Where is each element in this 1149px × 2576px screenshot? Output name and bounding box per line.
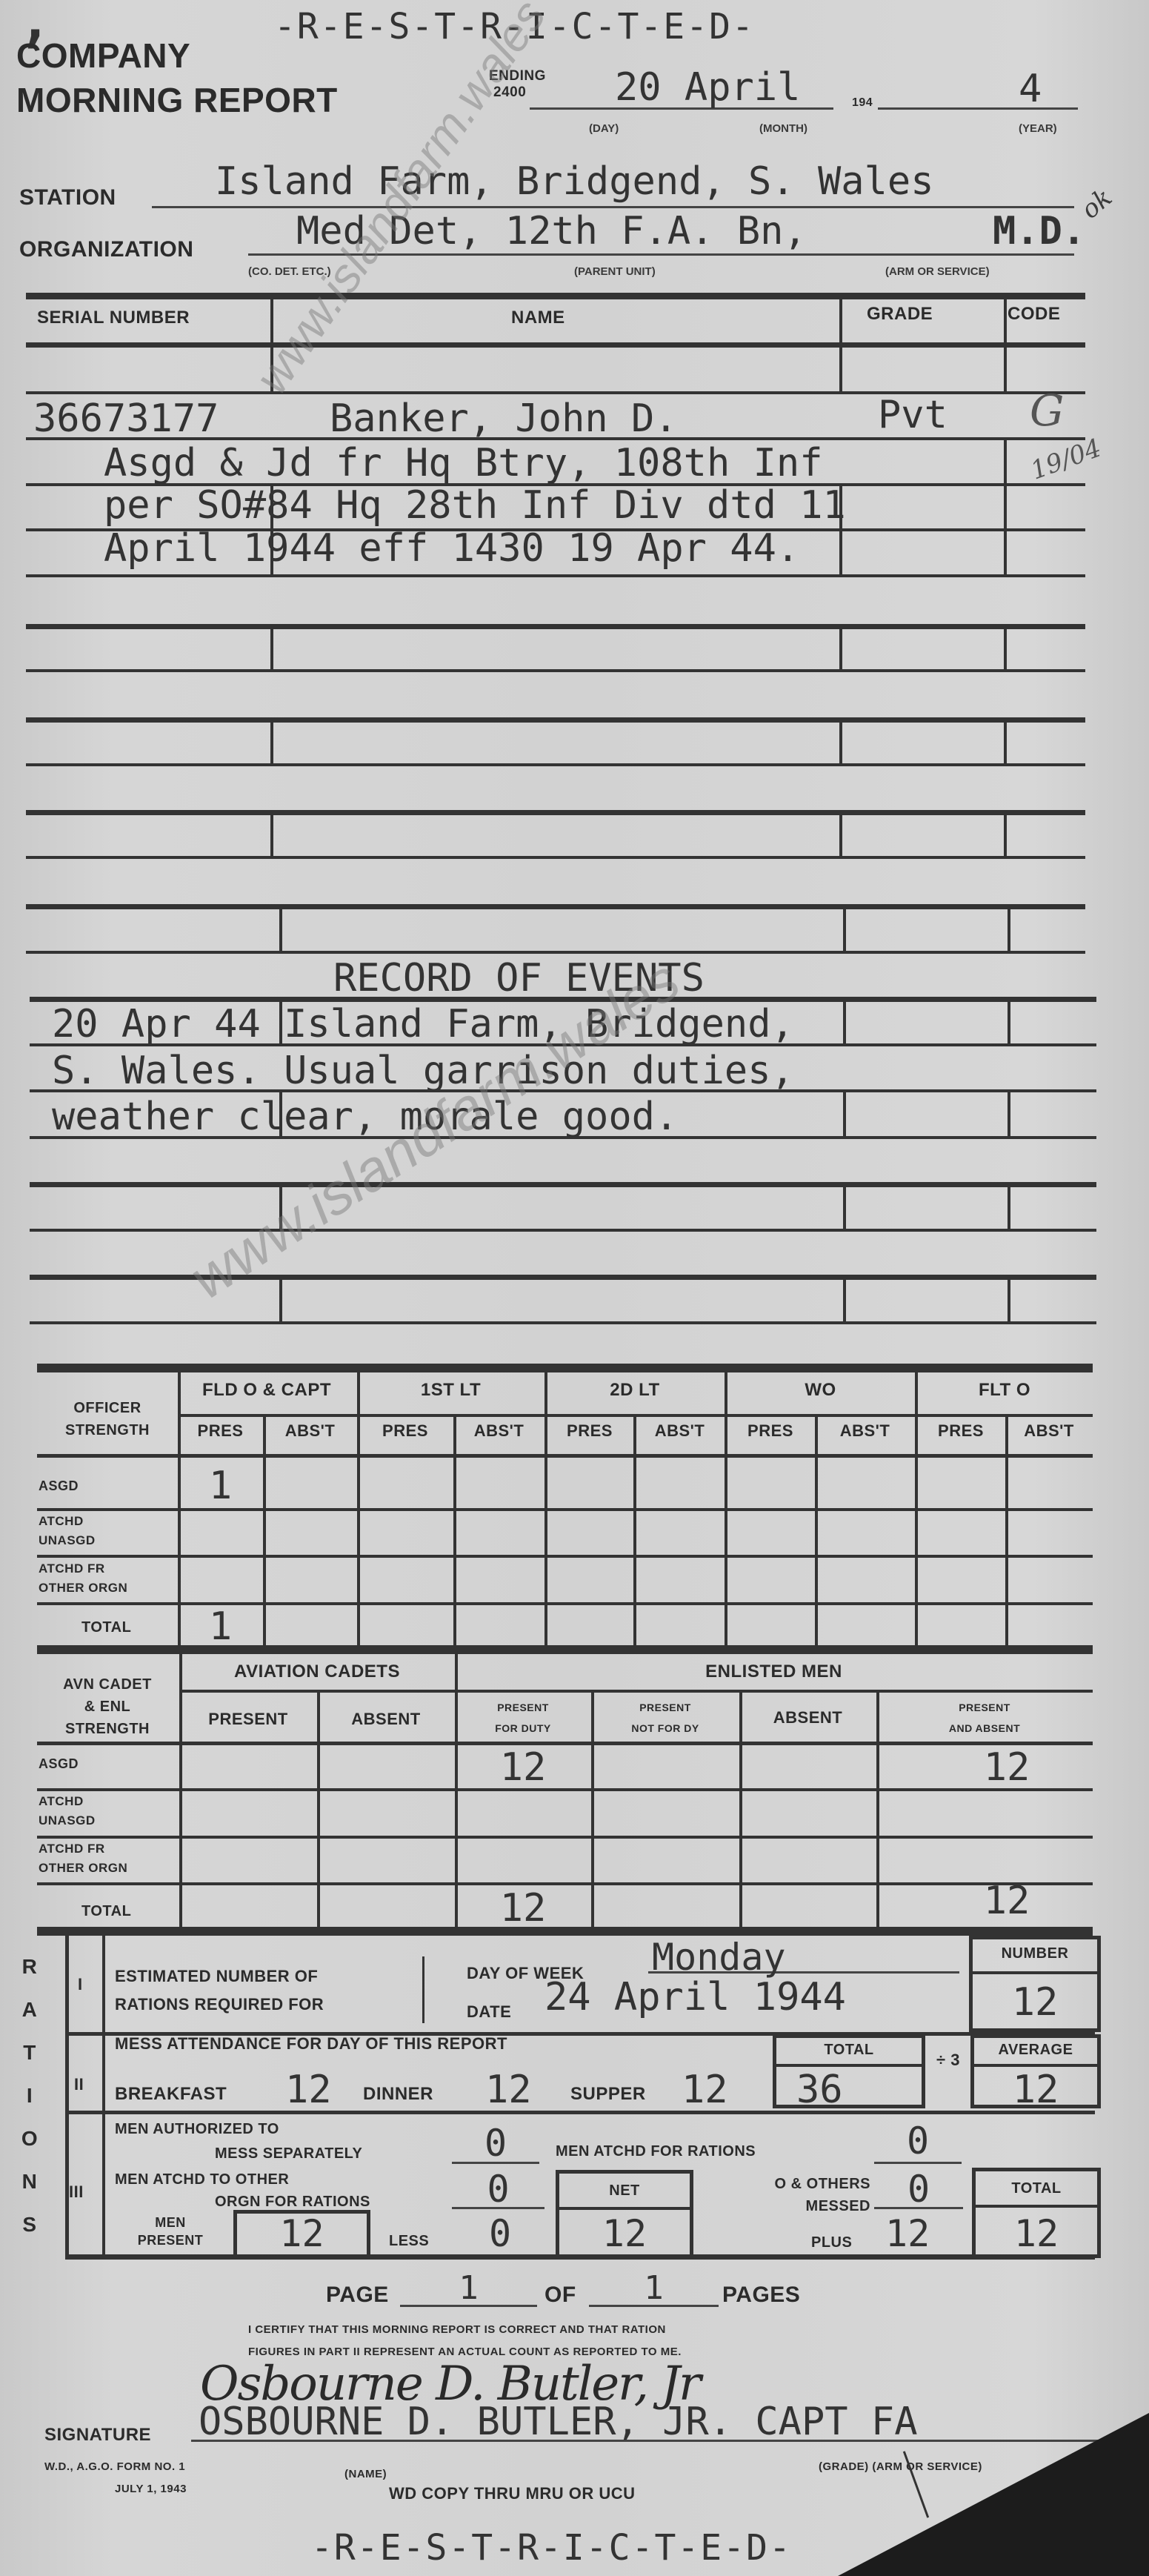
box-rule bbox=[972, 2205, 1101, 2208]
enl-asgd-present-and-absent[interactable]: 12 bbox=[876, 1745, 1093, 1790]
part-divider bbox=[65, 2111, 1095, 2114]
row-label-line: OTHER ORGN bbox=[39, 1859, 127, 1878]
less-label: LESS bbox=[389, 2233, 429, 2250]
of-label: OF bbox=[544, 2283, 576, 2308]
net-header: NET bbox=[556, 2182, 693, 2200]
men-present-label: MEN PRESENT bbox=[111, 2214, 230, 2249]
divider bbox=[279, 1000, 282, 1045]
atchd-other-value[interactable]: 0 bbox=[452, 2168, 544, 2211]
side-letter: A bbox=[7, 1988, 52, 2031]
divider-serial bbox=[270, 719, 273, 765]
row-label-line: ATCHD bbox=[39, 1792, 96, 1811]
row-rule bbox=[26, 483, 1085, 486]
officer-strength-corner-label: OFFICER STRENGTH bbox=[37, 1397, 178, 1441]
station-underline bbox=[152, 206, 1074, 208]
title-morning-report: MORNING REPORT bbox=[16, 80, 338, 120]
box-rule bbox=[556, 2207, 693, 2210]
row-rule bbox=[30, 997, 1096, 1002]
row-label-line: UNASGD bbox=[39, 1811, 96, 1830]
row-rule bbox=[26, 856, 1085, 859]
col-line: PRESENT bbox=[591, 1697, 739, 1718]
auth-sep-label-2: MESS SEPARATELY bbox=[215, 2145, 362, 2162]
divider bbox=[1008, 1000, 1010, 1045]
ending-label-line1: ENDING bbox=[489, 68, 546, 84]
signature-typed[interactable]: OSBOURNE D. BUTLER, JR. CAPT FA bbox=[199, 2400, 918, 2444]
table-top-rule bbox=[26, 293, 1085, 299]
report-year-digit[interactable]: 4 bbox=[1019, 67, 1042, 111]
year-underline bbox=[878, 107, 1078, 110]
corner-label-line: OFFICER bbox=[37, 1397, 178, 1419]
supper-value[interactable]: 12 bbox=[682, 2068, 728, 2112]
organization-label: ORGANIZATION bbox=[19, 237, 193, 262]
organization-underline bbox=[248, 253, 1074, 256]
col-line: AND ABSENT bbox=[876, 1718, 1093, 1739]
organization-value[interactable]: Med Det, 12th F.A. Bn, bbox=[296, 209, 807, 253]
enlisted-corner-label: AVN CADET & ENL STRENGTH bbox=[37, 1673, 178, 1740]
col-absent: ABSENT bbox=[317, 1710, 455, 1729]
pages-label: PAGES bbox=[722, 2283, 800, 2308]
event-line-3[interactable]: weather clear, morale good. bbox=[52, 1095, 678, 1139]
rations-frame-left bbox=[65, 1936, 69, 2258]
others-label-line: MESSED bbox=[722, 2195, 870, 2217]
report-date[interactable]: 20 April bbox=[615, 65, 800, 110]
divider bbox=[279, 1091, 282, 1137]
divider bbox=[1008, 1091, 1010, 1137]
col-rule bbox=[633, 1415, 636, 1647]
row-label-atchd-unasgd: ATCHD UNASGD bbox=[39, 1512, 96, 1550]
rations-numeral-rule bbox=[102, 1936, 105, 2258]
col-rule bbox=[317, 1691, 320, 1928]
divider bbox=[843, 1276, 846, 1323]
corner-label-line: STRENGTH bbox=[37, 1718, 178, 1740]
mess-total-value[interactable]: 36 bbox=[796, 2068, 843, 2112]
others-messed-label: O & OTHERS MESSED bbox=[722, 2173, 870, 2217]
pages-value[interactable]: 1 bbox=[589, 2269, 719, 2307]
divider bbox=[1008, 1184, 1010, 1230]
breakfast-label: BREAKFAST bbox=[115, 2084, 227, 2105]
sub-pres: PRES bbox=[726, 1421, 815, 1441]
col-present-for-duty: PRESENT FOR DUTY bbox=[455, 1697, 591, 1739]
sub-abst: ABS'T bbox=[633, 1421, 726, 1441]
sub-day: (DAY) bbox=[589, 122, 619, 135]
others-label-line: O & OTHERS bbox=[722, 2173, 870, 2195]
col-line: PRESENT bbox=[876, 1697, 1093, 1718]
others-value[interactable]: 0 bbox=[874, 2168, 963, 2211]
officer-group-flt-o: FLT O bbox=[916, 1380, 1093, 1401]
row-rule bbox=[26, 624, 1085, 629]
col-rule bbox=[263, 1415, 266, 1647]
part-numeral-ii: II bbox=[74, 2075, 84, 2094]
restricted-top: -R-E-S-T-R-I-C-T-E-D- bbox=[274, 6, 755, 47]
col-rule bbox=[815, 1415, 818, 1647]
col-enl-absent: ABSENT bbox=[739, 1708, 876, 1727]
row-rule bbox=[30, 1321, 1096, 1324]
event-line-1[interactable]: 20 Apr 44 Island Farm, Bridgend, bbox=[52, 1002, 794, 1046]
ration-date-label: DATE bbox=[467, 2002, 511, 2022]
auth-sep-label-1: MEN AUTHORIZED TO bbox=[115, 2121, 279, 2138]
row-rule bbox=[30, 1229, 1096, 1232]
officer-group-wo: WO bbox=[726, 1380, 915, 1401]
divider-name bbox=[839, 296, 842, 393]
enl-asgd-present-for-duty[interactable]: 12 bbox=[455, 1745, 591, 1790]
divider-serial bbox=[279, 906, 282, 952]
enl-total-present-and-absent[interactable]: 12 bbox=[876, 1879, 1093, 1923]
men-present-label-line: PRESENT bbox=[111, 2231, 230, 2249]
row-rule bbox=[30, 1136, 1096, 1139]
row-label-total: TOTAL bbox=[81, 1619, 131, 1636]
box-rule bbox=[970, 2064, 1101, 2067]
row-rule bbox=[26, 810, 1085, 815]
row-rule bbox=[30, 1089, 1096, 1092]
box-rule bbox=[773, 2064, 925, 2067]
row-label-asgd: ASGD bbox=[39, 1756, 79, 1772]
col-header-serial: SERIAL NUMBER bbox=[37, 308, 190, 328]
row-rule bbox=[26, 904, 1085, 909]
divider-grade bbox=[1008, 906, 1010, 952]
divider-serial bbox=[270, 483, 273, 574]
side-letter: S bbox=[7, 2203, 52, 2246]
sub-pres: PRES bbox=[916, 1421, 1005, 1441]
divider bbox=[843, 1184, 846, 1230]
side-letter: O bbox=[7, 2117, 52, 2160]
sub-arm-service: (ARM OR SERVICE) bbox=[885, 265, 990, 278]
row-rule bbox=[37, 1836, 1093, 1839]
group-enlisted-men: ENLISTED MEN bbox=[455, 1662, 1093, 1682]
row-label-line: ATCHD bbox=[39, 1512, 96, 1531]
mess-attendance-title: MESS ATTENDANCE FOR DAY OF THIS REPORT bbox=[115, 2034, 507, 2054]
col-line: PRESENT bbox=[455, 1697, 591, 1718]
entry-remark-line2: per SO#84 Hq 28th Inf Div dtd 11 bbox=[104, 483, 846, 528]
col-line: FOR DUTY bbox=[455, 1718, 591, 1739]
divider-name bbox=[843, 906, 846, 952]
form-date: JULY 1, 1943 bbox=[115, 2483, 187, 2495]
atchd-rations-value[interactable]: 0 bbox=[874, 2119, 962, 2162]
year-prefix: 194 bbox=[852, 96, 873, 110]
header-rule bbox=[37, 1454, 1093, 1458]
divider bbox=[843, 1000, 846, 1045]
divider-serial bbox=[270, 811, 273, 857]
side-letter: T bbox=[7, 2031, 52, 2074]
officer-group-1st-lt: 1ST LT bbox=[357, 1380, 544, 1401]
row-label-line: UNASGD bbox=[39, 1531, 96, 1550]
restricted-bottom: -R-E-S-T-R-I-C-T-E-D- bbox=[311, 2527, 792, 2569]
col-present-not-for-duty: PRESENT NOT FOR DY bbox=[591, 1697, 739, 1739]
entry-remark-line3: April 1944 eff 1430 19 Apr 44. bbox=[104, 526, 799, 571]
divider-name bbox=[839, 483, 842, 574]
col-rule bbox=[915, 1372, 918, 1647]
signature-label: SIGNATURE bbox=[44, 2425, 151, 2446]
divider-grade bbox=[1004, 296, 1007, 393]
col-rule bbox=[179, 1653, 182, 1928]
divider-name bbox=[839, 719, 842, 765]
col-present-and-absent: PRESENT AND ABSENT bbox=[876, 1697, 1093, 1739]
col-present: PRESENT bbox=[179, 1710, 317, 1729]
sub-year: (YEAR) bbox=[1019, 122, 1057, 135]
table-top-rule bbox=[37, 1364, 1093, 1372]
divide-by-three-symbol: ÷ 3 bbox=[930, 2045, 967, 2075]
less-value[interactable]: 0 bbox=[456, 2212, 544, 2255]
col-rule bbox=[725, 1372, 727, 1647]
dinner-label: DINNER bbox=[363, 2084, 433, 2105]
row-rule bbox=[37, 1508, 1093, 1511]
part1-label-line: ESTIMATED NUMBER OF bbox=[115, 1962, 324, 1991]
side-letter: N bbox=[7, 2160, 52, 2203]
col-rule bbox=[1005, 1415, 1008, 1647]
row-rule bbox=[26, 528, 1085, 531]
rations-side-label: R A T I O N S bbox=[7, 1945, 52, 2246]
col-line: NOT FOR DY bbox=[591, 1718, 739, 1739]
col-rule bbox=[357, 1372, 360, 1647]
page-value[interactable]: 1 bbox=[400, 2269, 537, 2307]
auth-sep-value[interactable]: 0 bbox=[452, 2122, 539, 2165]
sub-abst: ABS'T bbox=[1005, 1421, 1093, 1441]
row-label-atchd-unasgd: ATCHD UNASGD bbox=[39, 1792, 96, 1830]
certify-line-1: I CERTIFY THAT THIS MORNING REPORT IS CO… bbox=[248, 2323, 666, 2336]
col-rule bbox=[544, 1372, 547, 1647]
part1-label: ESTIMATED NUMBER OF RATIONS REQUIRED FOR bbox=[115, 1962, 324, 2019]
breakfast-value[interactable]: 12 bbox=[285, 2068, 332, 2112]
row-rule bbox=[26, 669, 1085, 672]
average-value[interactable]: 12 bbox=[970, 2068, 1101, 2112]
morning-report-document: , -R-E-S-T-R-I-C-T-E-D- COMPANY MORNING … bbox=[0, 0, 1149, 2576]
entry-name: Banker, John D. bbox=[330, 396, 678, 441]
divider-serial bbox=[270, 626, 273, 671]
scan-corner-shadow bbox=[838, 2413, 1149, 2576]
divider-grade bbox=[1004, 437, 1007, 574]
part3-total-header: TOTAL bbox=[972, 2180, 1101, 2197]
corner-label-line: STRENGTH bbox=[37, 1419, 178, 1441]
ending-label: ENDING 2400 bbox=[489, 68, 546, 101]
entry-remark-line1: Asgd & Jd fr Hq Btry, 108th Inf bbox=[104, 441, 823, 485]
sub-parent-unit: (PARENT UNIT) bbox=[574, 265, 656, 278]
divider-grade bbox=[1004, 811, 1007, 857]
entry-serial: 36673177 bbox=[33, 396, 219, 441]
row-rule bbox=[26, 717, 1085, 723]
sub-pres: PRES bbox=[178, 1421, 263, 1441]
bracket bbox=[422, 1956, 424, 2023]
page-label: PAGE bbox=[326, 2283, 389, 2308]
wd-copy-note: WD COPY THRU MRU OR UCU bbox=[389, 2484, 636, 2503]
row-label-line: ATCHD FR bbox=[39, 1559, 127, 1579]
col-rule bbox=[591, 1691, 594, 1928]
enl-total-present-for-duty[interactable]: 12 bbox=[455, 1886, 591, 1931]
row-rule bbox=[26, 763, 1085, 766]
supper-label: SUPPER bbox=[570, 2084, 646, 2105]
row-label-atchd-fr-other: ATCHD FR OTHER ORGN bbox=[39, 1559, 127, 1598]
part-numeral-iii: III bbox=[69, 2182, 84, 2202]
row-rule bbox=[26, 574, 1085, 577]
men-present-value[interactable]: 12 bbox=[233, 2212, 370, 2255]
station-value[interactable]: Island Farm, Bridgend, S. Wales bbox=[215, 159, 934, 204]
sub-abst: ABS'T bbox=[815, 1421, 915, 1441]
officer-total-fld-capt-pres[interactable]: 1 bbox=[178, 1604, 263, 1649]
divider bbox=[279, 1184, 282, 1230]
row-label-line: OTHER ORGN bbox=[39, 1579, 127, 1598]
atchd-other-label-1: MEN ATCHD TO OTHER bbox=[115, 2171, 289, 2188]
row-rule bbox=[30, 1043, 1096, 1046]
form-number: W.D., A.G.O. FORM NO. 1 bbox=[44, 2460, 185, 2473]
row-rule bbox=[30, 1182, 1096, 1187]
divider-grade bbox=[1004, 719, 1007, 765]
officer-group-fld-capt: FLD O & CAPT bbox=[178, 1380, 356, 1401]
box-rule bbox=[969, 1971, 1101, 1974]
atchd-other-label-2: ORGN FOR RATIONS bbox=[215, 2194, 370, 2211]
col-rule bbox=[739, 1691, 742, 1928]
divider-grade bbox=[1004, 626, 1007, 671]
divider-name bbox=[839, 811, 842, 857]
part-numeral-i: I bbox=[78, 1975, 83, 1994]
row-label-total: TOTAL bbox=[81, 1903, 131, 1920]
net-value[interactable]: 12 bbox=[556, 2212, 693, 2255]
atchd-rations-label: MEN ATCHD FOR RATIONS bbox=[556, 2143, 756, 2160]
sub-pres: PRES bbox=[546, 1421, 633, 1441]
col-header-code: CODE bbox=[1008, 304, 1060, 325]
col-header-grade: GRADE bbox=[867, 304, 933, 325]
divider bbox=[843, 1091, 846, 1137]
dinner-value[interactable]: 12 bbox=[485, 2068, 532, 2112]
col-rule bbox=[453, 1415, 456, 1647]
sub-month: (MONTH) bbox=[759, 122, 807, 135]
plus-label: PLUS bbox=[811, 2234, 852, 2251]
divider-name bbox=[839, 626, 842, 671]
divider bbox=[279, 1276, 282, 1323]
side-letter: R bbox=[7, 1945, 52, 1988]
side-letter: I bbox=[7, 2074, 52, 2117]
row-rule bbox=[37, 1555, 1093, 1558]
col-header-name: NAME bbox=[511, 308, 565, 328]
officer-asgd-fld-capt-pres[interactable]: 1 bbox=[178, 1464, 263, 1508]
event-line-2[interactable]: S. Wales. Usual garrison duties, bbox=[52, 1049, 794, 1093]
header-rule bbox=[26, 342, 1085, 348]
number-header: NUMBER bbox=[969, 1945, 1101, 1962]
ration-date-value[interactable]: 24 April 1944 bbox=[544, 1975, 846, 2019]
part1-label-line: RATIONS REQUIRED FOR bbox=[115, 1991, 324, 2019]
group-aviation-cadets: AVIATION CADETS bbox=[179, 1662, 455, 1682]
ending-label-line2: 2400 bbox=[489, 84, 546, 101]
number-value[interactable]: 12 bbox=[969, 1980, 1101, 2025]
day-of-week-value[interactable]: Monday bbox=[652, 1936, 786, 1979]
record-of-events-title: RECORD OF EVENTS bbox=[333, 956, 705, 1000]
organization-arm[interactable]: M.D. bbox=[993, 209, 1085, 253]
divider bbox=[1008, 1276, 1010, 1323]
group-rule bbox=[179, 1690, 1093, 1693]
mess-total-header: TOTAL bbox=[773, 2042, 925, 2059]
row-label-line: ATCHD FR bbox=[39, 1839, 127, 1859]
station-label: STATION bbox=[19, 185, 116, 210]
row-rule bbox=[30, 1275, 1096, 1280]
average-header: AVERAGE bbox=[970, 2042, 1101, 2059]
sub-pres: PRES bbox=[357, 1421, 453, 1441]
row-label-asgd: ASGD bbox=[39, 1478, 79, 1494]
men-present-label-line: MEN bbox=[111, 2214, 230, 2231]
officer-group-2d-lt: 2D LT bbox=[546, 1380, 724, 1401]
entry-code-handwritten: G bbox=[1030, 385, 1064, 436]
divider-serial bbox=[270, 296, 273, 393]
plus-value[interactable]: 12 bbox=[885, 2212, 930, 2255]
entry-grade: Pvt bbox=[878, 393, 947, 437]
row-rule bbox=[26, 951, 1085, 954]
sub-abst: ABS'T bbox=[453, 1421, 544, 1441]
part3-total-value[interactable]: 12 bbox=[972, 2212, 1101, 2255]
row-label-atchd-fr-other: ATCHD FR OTHER ORGN bbox=[39, 1839, 127, 1878]
corner-label-line: & ENL bbox=[37, 1696, 178, 1718]
sub-abst: ABS'T bbox=[263, 1421, 357, 1441]
corner-label-line: AVN CADET bbox=[37, 1673, 178, 1696]
sub-co-det: (CO. DET. ETC.) bbox=[248, 265, 331, 278]
sub-name: (NAME) bbox=[344, 2468, 387, 2480]
title-company: COMPANY bbox=[16, 36, 190, 76]
row-rule bbox=[26, 437, 1085, 440]
entry-code-date-note: 19/04 bbox=[1027, 433, 1105, 485]
